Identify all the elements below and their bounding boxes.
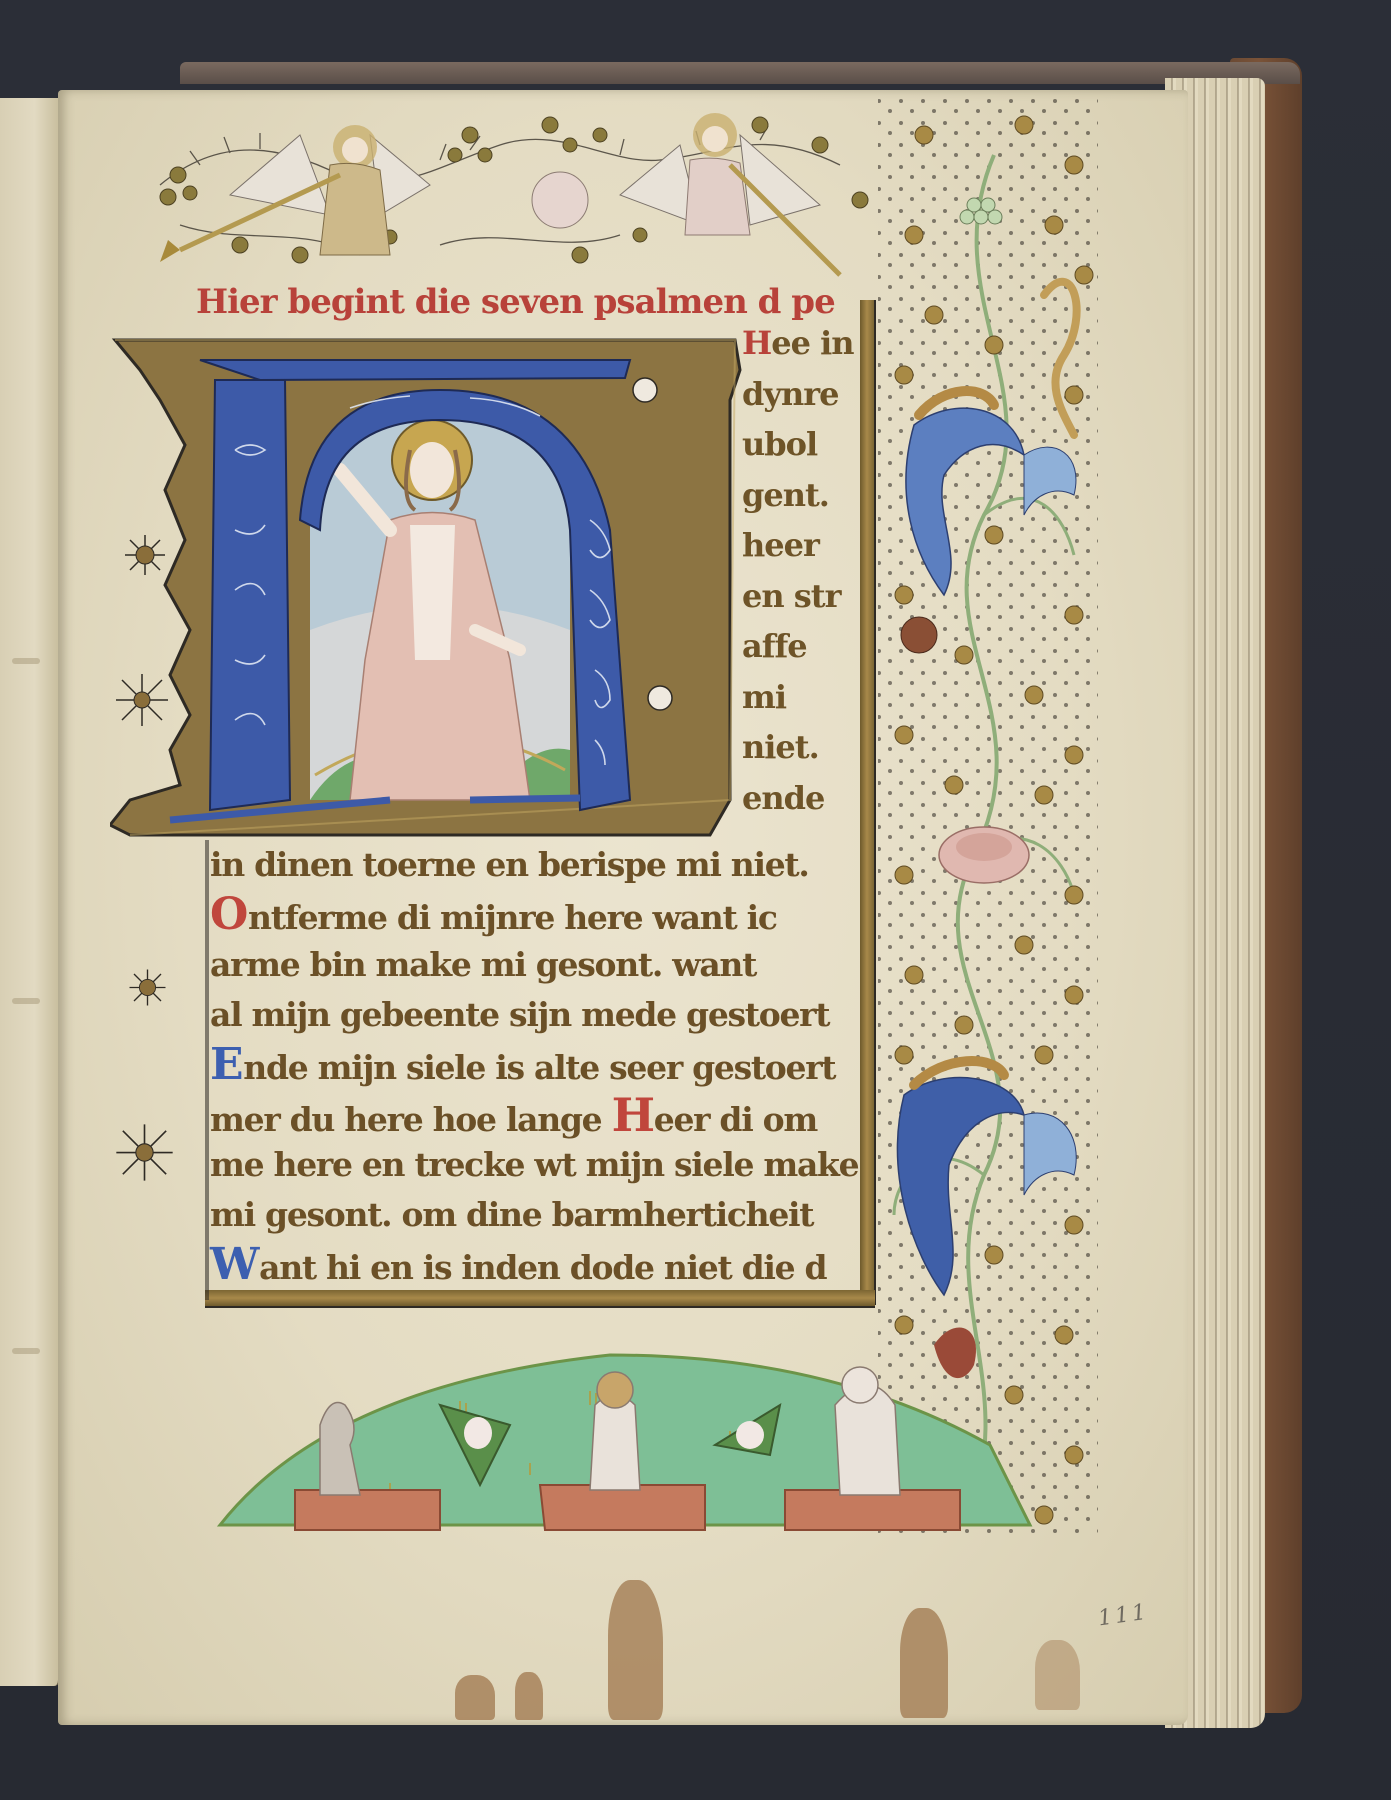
side-line: ubol <box>742 419 862 470</box>
text-line: arme bin make mi gesont. want <box>210 940 860 990</box>
text-line: Ontferme di mijnre here want ic <box>210 890 860 940</box>
text-line: Ende mijn siele is alte seer gestoert <box>210 1040 860 1090</box>
left-page-edge <box>0 98 60 1686</box>
rubric-heading: Hier begint die seven psalmen d pe <box>196 282 816 322</box>
line-text: arme bin make mi gesont. want <box>210 945 756 984</box>
side-line: gent. <box>742 470 862 521</box>
line-text: al mijn gebeente sijn mede gestoert <box>210 995 829 1034</box>
line-text: ant hi en is inden dode niet die d <box>259 1248 826 1287</box>
blue-initial: W <box>210 1239 258 1290</box>
water-stain <box>455 1675 495 1720</box>
text-line: in dinen toerne en berispe mi niet. <box>210 840 860 890</box>
line-text: eer di om <box>654 1100 817 1139</box>
side-line: mi <box>742 672 862 723</box>
text-line: mer du here hoe lange Heer di om <box>210 1090 860 1140</box>
right-floral-border <box>874 95 1114 1535</box>
water-stain <box>515 1672 543 1720</box>
line-text: in dinen toerne en berispe mi niet. <box>210 845 809 884</box>
margin-star-ornament <box>125 965 170 1010</box>
side-line: affe <box>742 621 862 672</box>
line-text: me here en trecke wt mijn siele make <box>210 1145 858 1184</box>
line-text: ntferme di mijnre here want ic <box>248 898 777 937</box>
sewing-mark <box>12 1348 40 1354</box>
frame-line-left <box>205 840 209 1300</box>
margin-star-ornament <box>112 670 172 730</box>
sewing-mark <box>12 998 40 1004</box>
margin-star-ornament <box>112 1120 177 1185</box>
red-inline-initial: H <box>612 1088 654 1142</box>
side-line: dynre <box>742 369 862 420</box>
gold-frame-bottom <box>205 1290 875 1308</box>
resurrection-miniature <box>210 1345 1060 1535</box>
side-line: heer <box>742 520 862 571</box>
side-line: en str <box>742 571 862 622</box>
side-line: ende <box>742 773 862 824</box>
line-text: mer du here hoe lange <box>210 1100 601 1139</box>
side-line: niet. <box>742 722 862 773</box>
water-stain <box>608 1580 663 1720</box>
line-text: mi gesont. om dine barmherticheit <box>210 1195 813 1234</box>
text-line: me here en trecke wt mijn siele make <box>210 1140 860 1190</box>
side-line: Hee in <box>742 318 862 369</box>
side-text-column: Hee in dynre ubol gent. heer en str affe… <box>742 318 862 823</box>
text-line: al mijn gebeente sijn mede gestoert <box>210 990 860 1040</box>
red-initial: O <box>210 889 247 940</box>
water-stain <box>1035 1640 1080 1710</box>
illuminated-initial-h <box>110 330 750 845</box>
text-line: Want hi en is inden dode niet die d <box>210 1240 860 1290</box>
water-stain <box>900 1608 948 1718</box>
binding-top-edge <box>180 62 1300 84</box>
text-line: mi gesont. om dine barmherticheit <box>210 1190 860 1240</box>
top-angel-border <box>140 105 900 285</box>
margin-star-ornament <box>120 530 170 580</box>
main-text-block: in dinen toerne en berispe mi niet. Ontf… <box>210 840 860 1290</box>
sewing-mark <box>12 658 40 664</box>
line-text: nde mijn siele is alte seer gestoert <box>243 1048 835 1087</box>
blue-initial: E <box>210 1039 242 1090</box>
